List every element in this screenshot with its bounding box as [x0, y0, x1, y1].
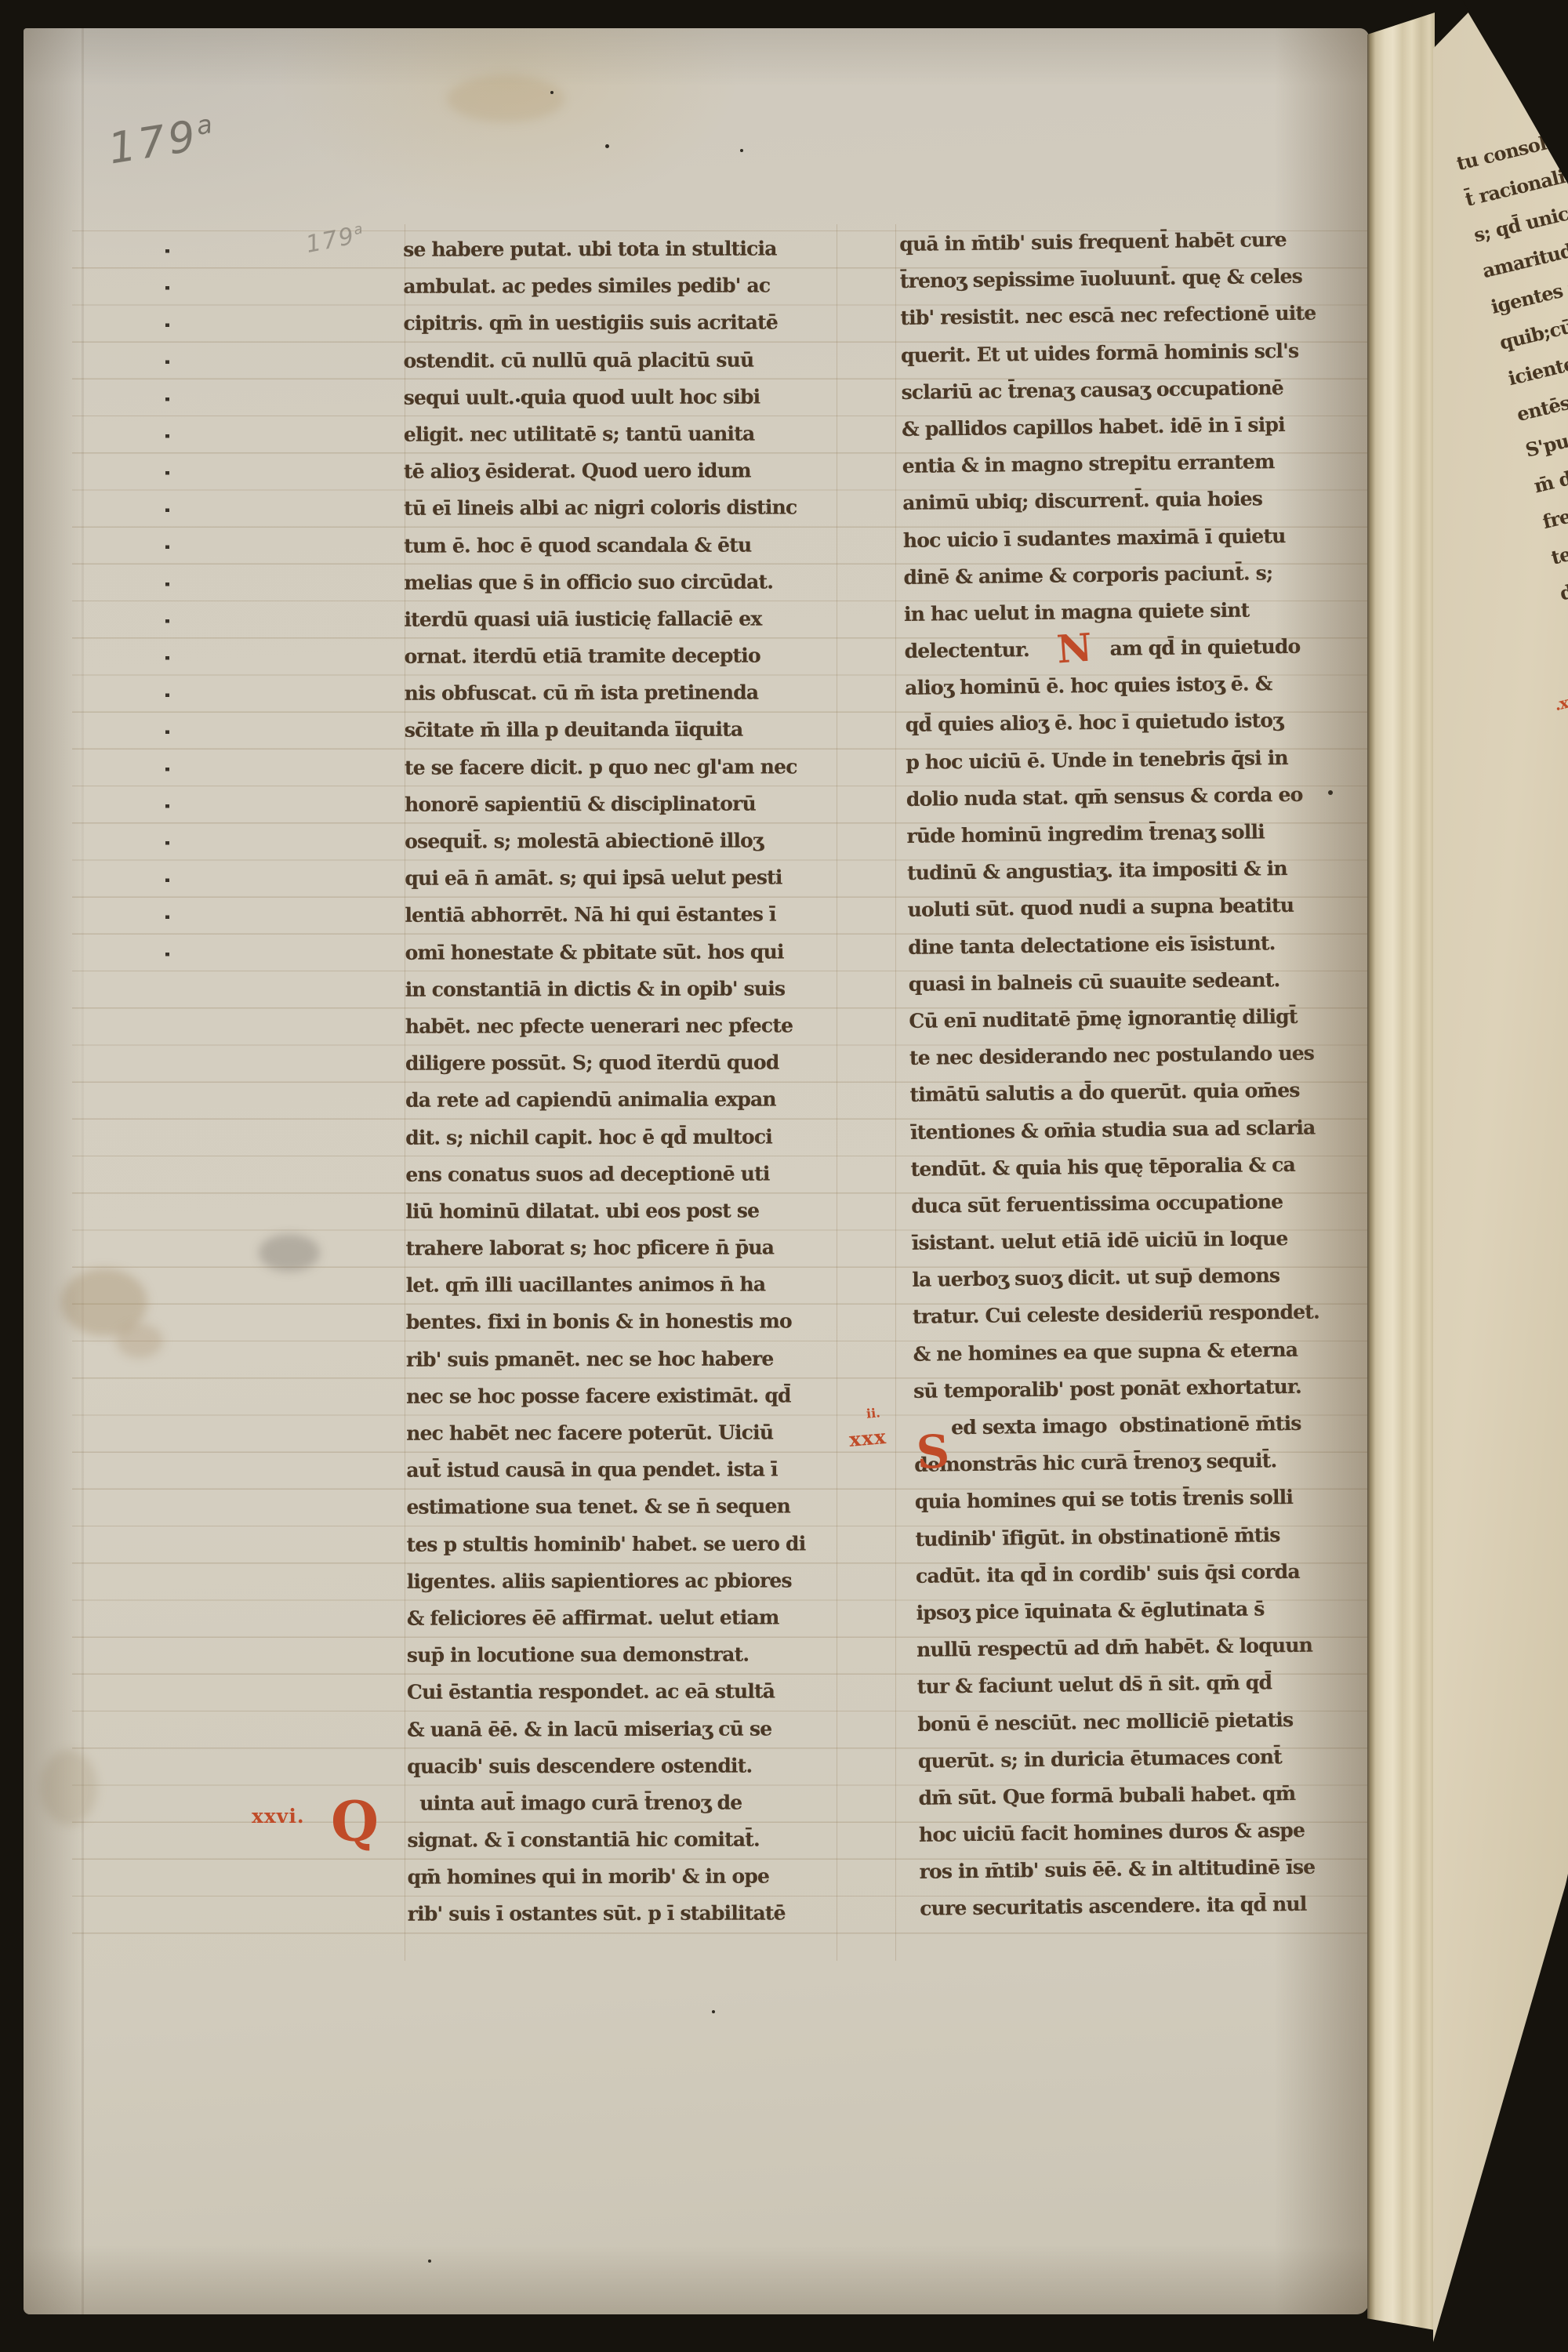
manuscript-photo: 179a 179a se habere putat. ubi tota in s… [0, 0, 1568, 2352]
page-shading [24, 28, 1369, 2314]
fore-edge-stack [1367, 11, 1435, 2330]
facing-page-text: .xxvii. tu consolent̄. & qd̄ nult̄ racio… [1433, 73, 1568, 1873]
manuscript-page: 179a 179a se habere putat. ubi tota in s… [24, 28, 1369, 2314]
